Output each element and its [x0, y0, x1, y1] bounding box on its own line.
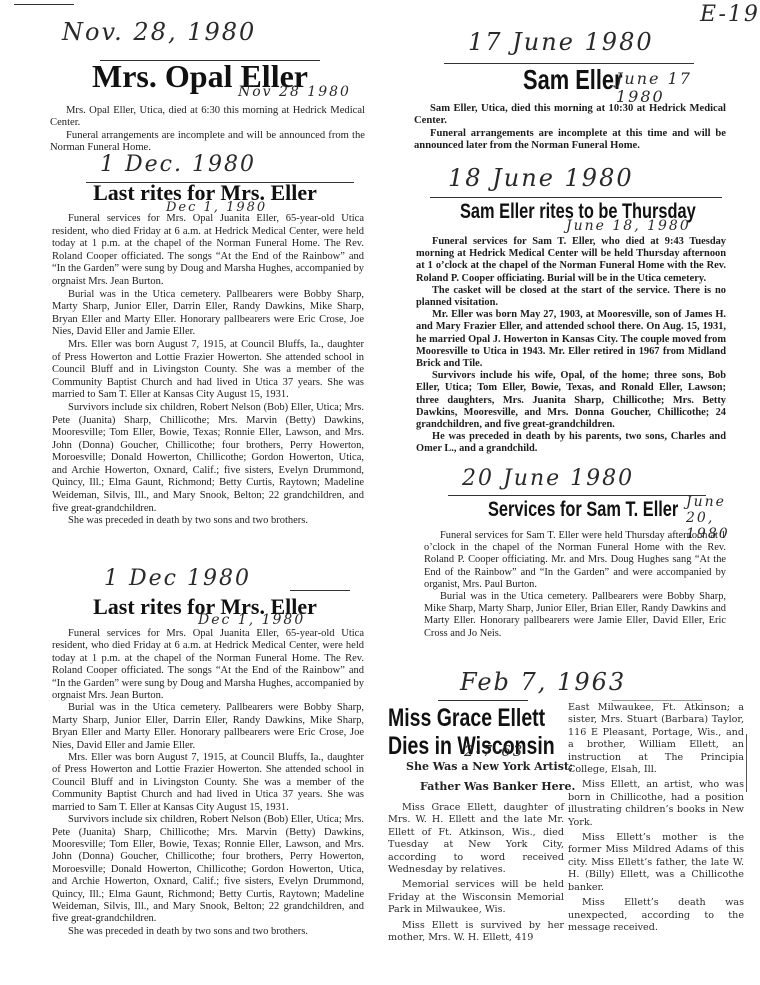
- article-body: Funeral services for Sam T. Eller, who d…: [416, 236, 726, 456]
- paragraph: Miss Ellett is survived by her mother, M…: [388, 920, 564, 945]
- paragraph: Sam Eller, Utica, died this morning at 1…: [414, 103, 726, 128]
- paragraph: Miss Ellett’s mother is the former Miss …: [568, 832, 744, 894]
- paragraph: She was preceded in death by two sons an…: [52, 926, 364, 938]
- handwritten-date: 20 June 1980: [462, 466, 634, 491]
- paragraph: Funeral services for Sam T. Eller, who d…: [416, 236, 726, 285]
- paragraph: Miss Ellett, an artist, who was born in …: [568, 779, 744, 829]
- handwritten-date: 1 Dec. 1980: [100, 152, 256, 177]
- paragraph: Mrs. Eller was born August 7, 1915, at C…: [52, 752, 364, 814]
- paragraph: Miss Grace Ellett, daughter of Mrs. W. H…: [388, 802, 564, 876]
- paragraph: Survivors include six children, Robert N…: [52, 402, 364, 515]
- divider: [448, 495, 706, 496]
- paragraph: Survivors include his wife, Opal, of the…: [416, 370, 726, 431]
- paragraph: Funeral arrangements are incomplete and …: [50, 130, 365, 155]
- paragraph: Memorial services will be held Friday at…: [388, 879, 564, 916]
- paragraph: The casket will be closed at the start o…: [416, 285, 726, 309]
- article-body: Funeral services for Sam T. Eller were h…: [424, 530, 726, 640]
- divider: [612, 700, 702, 701]
- paragraph: Mr. Eller was born May 27, 1903, at Moor…: [416, 309, 726, 370]
- divider: [438, 700, 528, 701]
- paragraph: Funeral arrangements are incomplete at t…: [414, 128, 726, 153]
- clipping-edge: [746, 734, 747, 792]
- paragraph: Survivors include six children, Robert N…: [52, 814, 364, 926]
- paragraph: Funeral services for Mrs. Opal Juanita E…: [52, 628, 364, 702]
- margin-note: June 17 1980: [616, 70, 696, 106]
- divider: [14, 4, 74, 5]
- headline-line: Miss Grace Ellett: [388, 704, 555, 732]
- paragraph: He was preceded in death by his parents,…: [416, 431, 726, 455]
- paragraph: Burial was in the Utica cemetery. Pallbe…: [52, 702, 364, 752]
- article-body: Mrs. Opal Eller, Utica, died at 6:30 thi…: [50, 105, 365, 154]
- divider: [290, 590, 350, 591]
- handwritten-date: 17 June 1980: [468, 28, 654, 56]
- paragraph: Funeral services for Mrs. Opal Juanita E…: [52, 213, 364, 289]
- paragraph: Burial was in the Utica cemetery. Pallbe…: [52, 289, 364, 339]
- subheadline-line: She Was a New York Artist;: [406, 757, 575, 777]
- paragraph: Mrs. Opal Eller, Utica, died at 6:30 thi…: [50, 105, 365, 130]
- headline: Services for Sam T. Eller: [488, 498, 678, 522]
- subheadline-line: Father Was Banker Here.: [406, 777, 575, 797]
- handwritten-date: 18 June 1980: [448, 164, 634, 192]
- margin-note: June 18, 1980: [566, 218, 691, 234]
- article-body: Sam Eller, Utica, died this morning at 1…: [414, 103, 726, 152]
- headline: Sam Eller: [523, 64, 623, 96]
- paragraph: She was preceded in death by two sons an…: [52, 515, 364, 528]
- handwritten-date: 1 Dec 1980: [104, 566, 251, 591]
- margin-note: Dec 1, 1980: [198, 612, 305, 628]
- article-body: Funeral services for Mrs. Opal Juanita E…: [52, 213, 364, 528]
- paragraph: East Milwaukee, Ft. Atkinson; a sister, …: [568, 702, 744, 776]
- subheadline: She Was a New York Artist; Father Was Ba…: [406, 757, 575, 797]
- article-column-2: East Milwaukee, Ft. Atkinson; a sister, …: [568, 702, 744, 937]
- paragraph: Miss Ellett’s death was unexpected, acco…: [568, 897, 744, 934]
- paragraph: Funeral services for Sam T. Eller were h…: [424, 530, 726, 591]
- divider: [430, 197, 722, 198]
- page-label: E-19: [700, 2, 760, 27]
- paragraph: Mrs. Eller was born August 7, 1915, at C…: [52, 339, 364, 402]
- paragraph: Burial was in the Utica cemetery. Pallbe…: [424, 591, 726, 640]
- handwritten-date: Feb 7, 1963: [460, 668, 626, 696]
- margin-note: Nov 28 1980: [238, 84, 351, 100]
- article-body: Funeral services for Mrs. Opal Juanita E…: [52, 628, 364, 938]
- handwritten-date: Nov. 28, 1980: [62, 18, 256, 46]
- article-column-1: Miss Grace Ellett, daughter of Mrs. W. H…: [388, 802, 564, 947]
